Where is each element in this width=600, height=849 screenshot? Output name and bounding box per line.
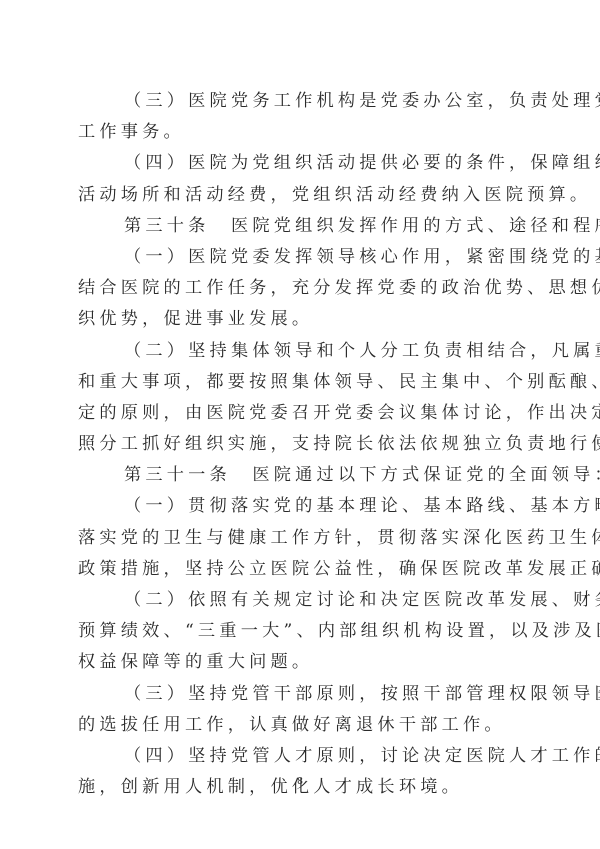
text-line: 的选拔任用工作，认真做好离退休干部工作。: [78, 710, 524, 741]
text-line: 落实党的卫生与健康工作方针，贯彻落实深化医药卫生体制改革: [78, 523, 524, 554]
text-line: 政策措施，坚持公立医院公益性，确保医院改革发展正确方向。: [78, 554, 524, 585]
paragraph-core-leadership: （一）医院党委发挥领导核心作用，紧密围绕党的基本路线， 结合医院的工作任务，充分…: [78, 242, 524, 336]
article-30-heading: 第三十条 医院党组织发挥作用的方式、途径和程序：: [78, 211, 524, 242]
paragraph-basic-theory: （一）贯彻落实党的基本理论、基本路线、基本方略，贯彻 落实党的卫生与健康工作方针…: [78, 491, 524, 585]
text-line: 照分工抓好组织实施，支持院长依法依规独立负责地行使职权。: [78, 429, 524, 460]
text-line: 和重大事项，都要按照集体领导、民主集中、个别酝酿、会议决: [78, 367, 524, 398]
text-line: 定的原则，由医院党委召开党委会议集体讨论，作出决定，并按: [78, 398, 524, 429]
paragraph-collective-leadership: （二）坚持集体领导和个人分工负责相结合，凡属重大问题 和重大事项，都要按照集体领…: [78, 336, 524, 461]
text-line: （二）坚持集体领导和个人分工负责相结合，凡属重大问题: [78, 336, 524, 367]
text-line: 活动场所和活动经费，党组织活动经费纳入医院预算。: [78, 180, 524, 211]
page-number: 8: [0, 776, 600, 787]
text-line: （四）坚持党管人才原则，讨论决定医院人才工作的政策措: [78, 741, 524, 772]
text-line: 结合医院的工作任务，充分发挥党委的政治优势、思想优势和组: [78, 273, 524, 304]
text-line: （二）依照有关规定讨论和决定医院改革发展、财务预决算、: [78, 585, 524, 616]
paragraph-talent-management: （四）坚持党管人才原则，讨论决定医院人才工作的政策措 施，创新用人机制，优化人才…: [78, 741, 524, 803]
article-31-heading: 第三十一条 医院通过以下方式保证党的全面领导：: [78, 460, 524, 491]
paragraph-cadre-management: （三）坚持党管干部原则，按照干部管理权限领导医院干部 的选拔任用工作，认真做好离…: [78, 679, 524, 741]
text-line: 工作事务。: [78, 117, 524, 148]
text-line: （四）医院为党组织活动提供必要的条件，保障组织机构、: [78, 148, 524, 179]
text-line: 织优势，促进事业发展。: [78, 304, 524, 335]
paragraph-major-decisions: （二）依照有关规定讨论和决定医院改革发展、财务预决算、 预算绩效、“三重一大”、…: [78, 585, 524, 679]
text-line: 第三十一条 医院通过以下方式保证党的全面领导：: [78, 460, 524, 491]
text-line: （一）贯彻落实党的基本理论、基本路线、基本方略，贯彻: [78, 491, 524, 522]
document-page: （三）医院党务工作机构是党委办公室，负责处理党的日常 工作事务。 （四）医院为党…: [78, 86, 524, 803]
text-line: （一）医院党委发挥领导核心作用，紧密围绕党的基本路线，: [78, 242, 524, 273]
text-line: 第三十条 医院党组织发挥作用的方式、途径和程序：: [78, 211, 524, 242]
text-line: 权益保障等的重大问题。: [78, 647, 524, 678]
paragraph-activity-conditions: （四）医院为党组织活动提供必要的条件，保障组织机构、 活动场所和活动经费，党组织…: [78, 148, 524, 210]
paragraph-party-affairs-office: （三）医院党务工作机构是党委办公室，负责处理党的日常 工作事务。: [78, 86, 524, 148]
text-line: 预算绩效、“三重一大”、内部组织机构设置，以及涉及医务人员: [78, 616, 524, 647]
text-line: （三）坚持党管干部原则，按照干部管理权限领导医院干部: [78, 679, 524, 710]
text-line: （三）医院党务工作机构是党委办公室，负责处理党的日常: [78, 86, 524, 117]
